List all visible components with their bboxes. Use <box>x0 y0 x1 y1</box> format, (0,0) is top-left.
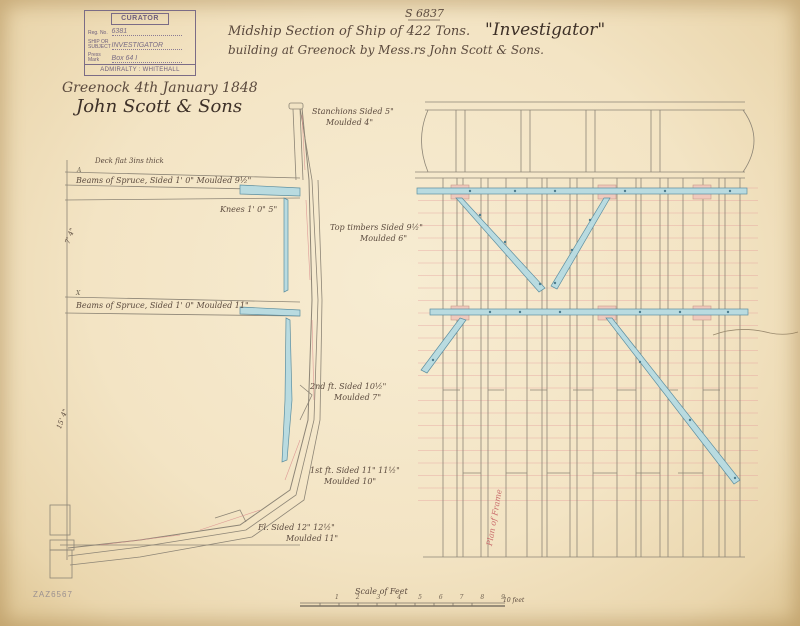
signatory: John Scott & Sons <box>76 96 242 117</box>
cross-section <box>50 103 322 578</box>
scale-ticks: 12 34 56 78 9 <box>335 594 505 601</box>
stamp-footer: ADMIRALTY : WHITEHALL <box>85 64 195 75</box>
reg-no-value: 6381 <box>112 28 182 36</box>
title-line-2: building at Greenock by Mess.rs John Sco… <box>228 43 544 57</box>
curator-stamp: CURATOR Reg. No. 6381 SHIP OR SUBJECT IN… <box>84 10 196 76</box>
iron-knees <box>240 185 300 462</box>
knees-note: Knees 1' 0" 5" <box>220 205 277 214</box>
lower-beams-note: Beams of Spruce, Sided 1' 0" Moulded 11" <box>76 301 249 310</box>
reg-no-label: Reg. No. <box>88 31 110 36</box>
press-mark-label: Press Mark <box>88 53 110 63</box>
place-date: Greenock 4th January 1848 <box>62 80 258 96</box>
first-futtock-note: 1st ft. Sided 11" 11½" Moulded 10" <box>310 465 400 487</box>
marker-a: A <box>77 167 81 174</box>
frame-plan <box>415 102 798 557</box>
catalogue-reference: ZAZ6567 <box>33 590 73 599</box>
upper-beams-note: Beams of Spruce, Sided 1' 0" Moulded 9½" <box>76 176 251 185</box>
scale-end-label: 10 feet <box>503 597 524 604</box>
deck-flat-note: Deck flat 3ins thick <box>95 157 164 165</box>
title-line-1: Midship Section of Ship of 422 Tons. <box>228 24 470 39</box>
second-futtock-note: 2nd ft. Sided 10½" Moulded 7" <box>310 381 386 403</box>
subject-label: SHIP OR SUBJECT <box>88 40 110 50</box>
reference-number: S 6837 <box>405 7 444 20</box>
top-timbers-note: Top timbers Sided 9½" Moulded 6" <box>330 222 423 244</box>
ship-name: "Investigator" <box>485 20 605 40</box>
floor-timber-note: Fl. Sided 12" 12½" Moulded 11" <box>258 522 338 544</box>
scale-bar <box>300 603 505 606</box>
press-mark-value: Box 64 I <box>112 55 182 63</box>
marker-x: X <box>76 290 80 297</box>
stamp-heading: CURATOR <box>111 13 169 25</box>
subject-value: INVESTIGATOR <box>112 42 182 50</box>
stanchion-note: Stanchions Sided 5" Moulded 4" <box>312 106 394 128</box>
